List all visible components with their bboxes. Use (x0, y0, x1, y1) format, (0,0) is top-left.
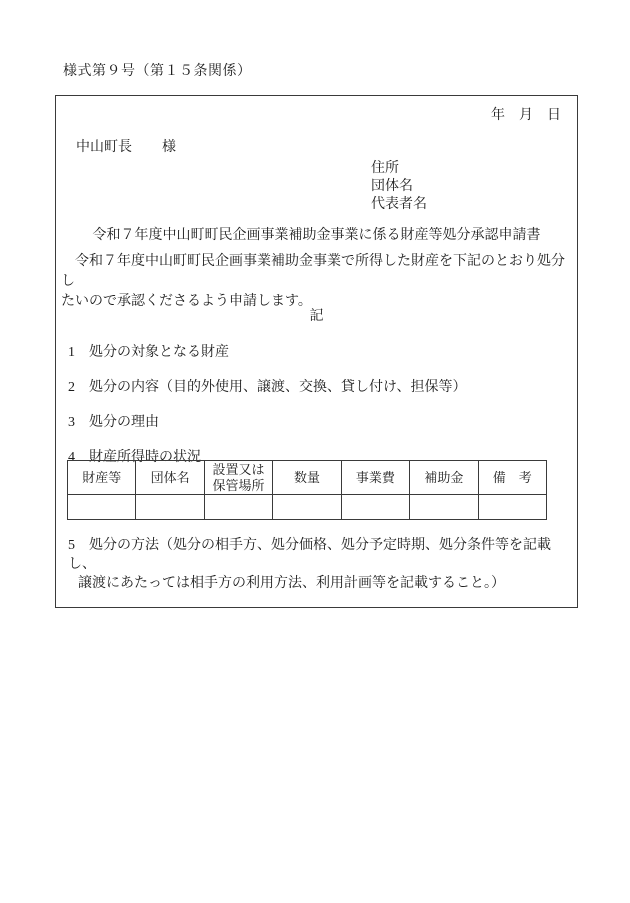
table-cell (410, 495, 478, 520)
applicant-block: 住所 団体名 代表者名 (371, 160, 427, 214)
column-header-project-cost: 事業費 (341, 461, 409, 495)
body-paragraph: 令和７年度中山町町民企画事業補助金事業で所得した財産を下記のとおり処分し たいの… (61, 252, 574, 312)
column-header-location: 設置又は 保管場所 (204, 461, 272, 495)
item-text: 処分の対象となる財産 (89, 345, 229, 360)
body-paragraph-line: 令和７年度中山町町民企画事業補助金事業で所得した財産を下記のとおり処分し (61, 252, 574, 292)
form-number-label: 様式第９号（第１５条関係） (63, 60, 252, 80)
date-placeholder: 年 月 日 (491, 104, 561, 124)
table-cell (68, 495, 136, 520)
record-marker: 記 (56, 305, 577, 325)
item-text: 処分の内容（目的外使用、譲渡、交換、貸し付け、担保等） (89, 380, 466, 395)
addressee-name: 中山町長 (76, 140, 132, 155)
table-cell (273, 495, 341, 520)
item-number: 5 (68, 536, 89, 555)
list-item-1: 1処分の対象となる財産 (68, 341, 229, 361)
list-item-5: 5処分の方法（処分の相手方、処分価格、処分予定時期、処分条件等を記載し、 譲渡に… (68, 536, 573, 593)
table-cell (478, 495, 546, 520)
column-header-property: 財産等 (68, 461, 136, 495)
list-item-2: 2処分の内容（目的外使用、譲渡、交換、貸し付け、担保等） (68, 376, 466, 396)
applicant-representative-label: 代表者名 (371, 196, 427, 214)
column-header-subsidy: 補助金 (410, 461, 478, 495)
applicant-address-label: 住所 (371, 160, 427, 178)
applicant-organization-label: 団体名 (371, 178, 427, 196)
item-number: 3 (68, 415, 89, 431)
item-text: 処分の理由 (89, 415, 159, 430)
document-title: 令和７年度中山町町民企画事業補助金事業に係る財産等処分承認申請書 (56, 224, 577, 244)
addressee-line: 中山町長様 (76, 136, 176, 156)
column-header-remarks: 備 考 (478, 461, 546, 495)
item-text: 処分の方法（処分の相手方、処分価格、処分予定時期、処分条件等を記載し、 (68, 538, 551, 572)
column-header-quantity: 数量 (273, 461, 341, 495)
column-header-organization: 団体名 (136, 461, 204, 495)
table-row (68, 495, 547, 520)
honorific-label: 様 (162, 136, 176, 156)
document-border-box: 年 月 日 中山町長様 住所 団体名 代表者名 令和７年度中山町町民企画事業補助… (55, 95, 578, 608)
table-cell (341, 495, 409, 520)
document-page: 様式第９号（第１５条関係） 年 月 日 中山町長様 住所 団体名 代表者名 令和… (0, 0, 630, 903)
table-cell (136, 495, 204, 520)
table-cell (204, 495, 272, 520)
item-number: 1 (68, 345, 89, 361)
table-header-row: 財産等 団体名 設置又は 保管場所 数量 事業費 補助金 備 考 (68, 461, 547, 495)
acquisition-status-table: 財産等 団体名 設置又は 保管場所 数量 事業費 補助金 備 考 (67, 460, 547, 520)
item-text-continuation: 譲渡にあたっては相手方の利用方法、利用計画等を記載すること。） (78, 574, 573, 593)
list-item-3: 3処分の理由 (68, 411, 159, 431)
item-number: 2 (68, 380, 89, 396)
